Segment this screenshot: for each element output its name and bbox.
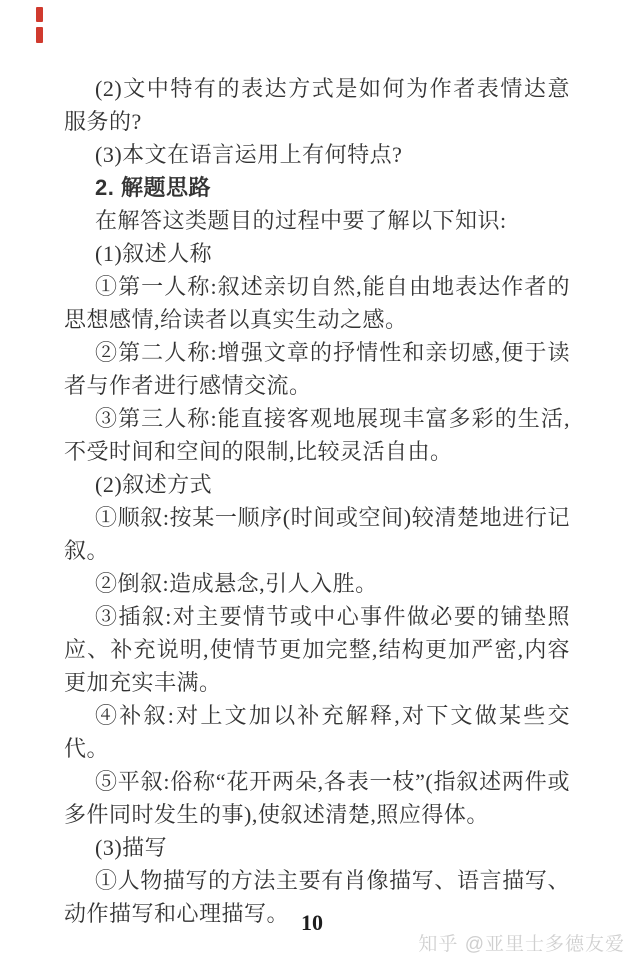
paragraph: (2)文中特有的表达方式是如何为作者表情达意服务的?	[64, 72, 570, 138]
paragraph: (3)描写	[64, 831, 570, 864]
paragraph: ⑤平叙:俗称“花开两朵,各表一枝”(指叙述两件或多件同时发生的事),使叙述清楚,…	[64, 765, 570, 831]
section-heading: 2. 解题思路	[64, 171, 570, 204]
paragraph: 在解答这类题目的过程中要了解以下知识:	[64, 204, 570, 237]
paragraph: ③插叙:对主要情节或中心事件做必要的铺垫照应、补充说明,使情节更加完整,结构更加…	[64, 600, 570, 699]
zhihu-watermark: 知乎 @亚里士多德友爱	[418, 929, 625, 956]
paragraph: ①顺叙:按某一顺序(时间或空间)较清楚地进行记叙。	[64, 501, 570, 567]
red-edge-mark-icon	[36, 7, 43, 22]
paragraph: ①第一人称:叙述亲切自然,能自由地表达作者的思想感情,给读者以真实生动之感。	[64, 270, 570, 336]
red-edge-mark-icon	[36, 27, 43, 43]
paragraph: (2)叙述方式	[64, 468, 570, 501]
paragraph: (3)本文在语言运用上有何特点?	[64, 138, 570, 171]
book-page: (2)文中特有的表达方式是如何为作者表情达意服务的?(3)本文在语言运用上有何特…	[0, 0, 640, 968]
paragraph: ②倒叙:造成悬念,引人入胜。	[64, 567, 570, 600]
paragraph: ③第三人称:能直接客观地展现丰富多彩的生活,不受时间和空间的限制,比较灵活自由。	[64, 402, 570, 468]
paragraph: ④补叙:对上文加以补充解释,对下文做某些交代。	[64, 699, 570, 765]
paragraph: (1)叙述人称	[64, 237, 570, 270]
paragraph: ②第二人称:增强文章的抒情性和亲切感,便于读者与作者进行感情交流。	[64, 336, 570, 402]
page-text: (2)文中特有的表达方式是如何为作者表情达意服务的?(3)本文在语言运用上有何特…	[64, 72, 570, 930]
